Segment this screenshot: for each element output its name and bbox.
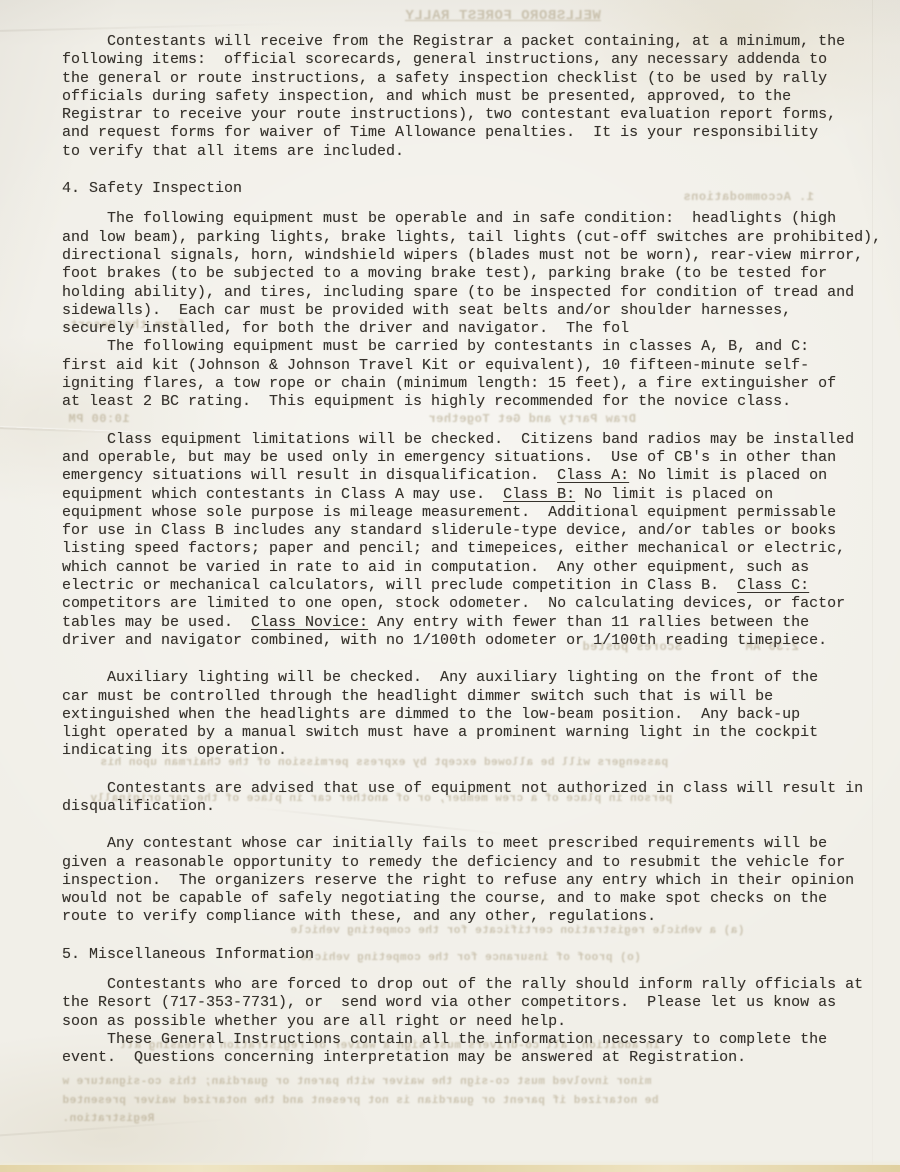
paragraph: Contestants who are forced to drop out o… (62, 976, 900, 1067)
bleedthrough-text: minor involved must co-sign the waiver w… (62, 1076, 651, 1088)
paragraph: Contestants are advised that use of equi… (62, 780, 900, 817)
page-bottom-edge (0, 1165, 900, 1172)
paragraph: Any contestant whose car initially fails… (62, 835, 900, 926)
paragraph: Auxiliary lighting will be checked. Any … (62, 669, 900, 760)
paragraph: Contestants will receive from the Regist… (62, 33, 900, 161)
document-text: Contestants will receive from the Regist… (62, 33, 900, 1068)
section-heading: 5. Miscellaneous Information (62, 946, 900, 964)
scanned-document-page: WELLSBORO FOREST RALLY1. Accommodationsf… (0, 0, 900, 1172)
paragraph: Class equipment limitations will be chec… (62, 431, 900, 651)
paragraph: The following equipment must be operable… (62, 210, 900, 411)
bleedthrough-text: WELLSBORO FOREST RALLY (405, 8, 601, 24)
section-heading: 4. Safety Inspection (62, 180, 900, 198)
bleedthrough-text: Registration. (62, 1113, 154, 1125)
bleedthrough-text: be notarized if parent or guardian is no… (62, 1095, 659, 1107)
